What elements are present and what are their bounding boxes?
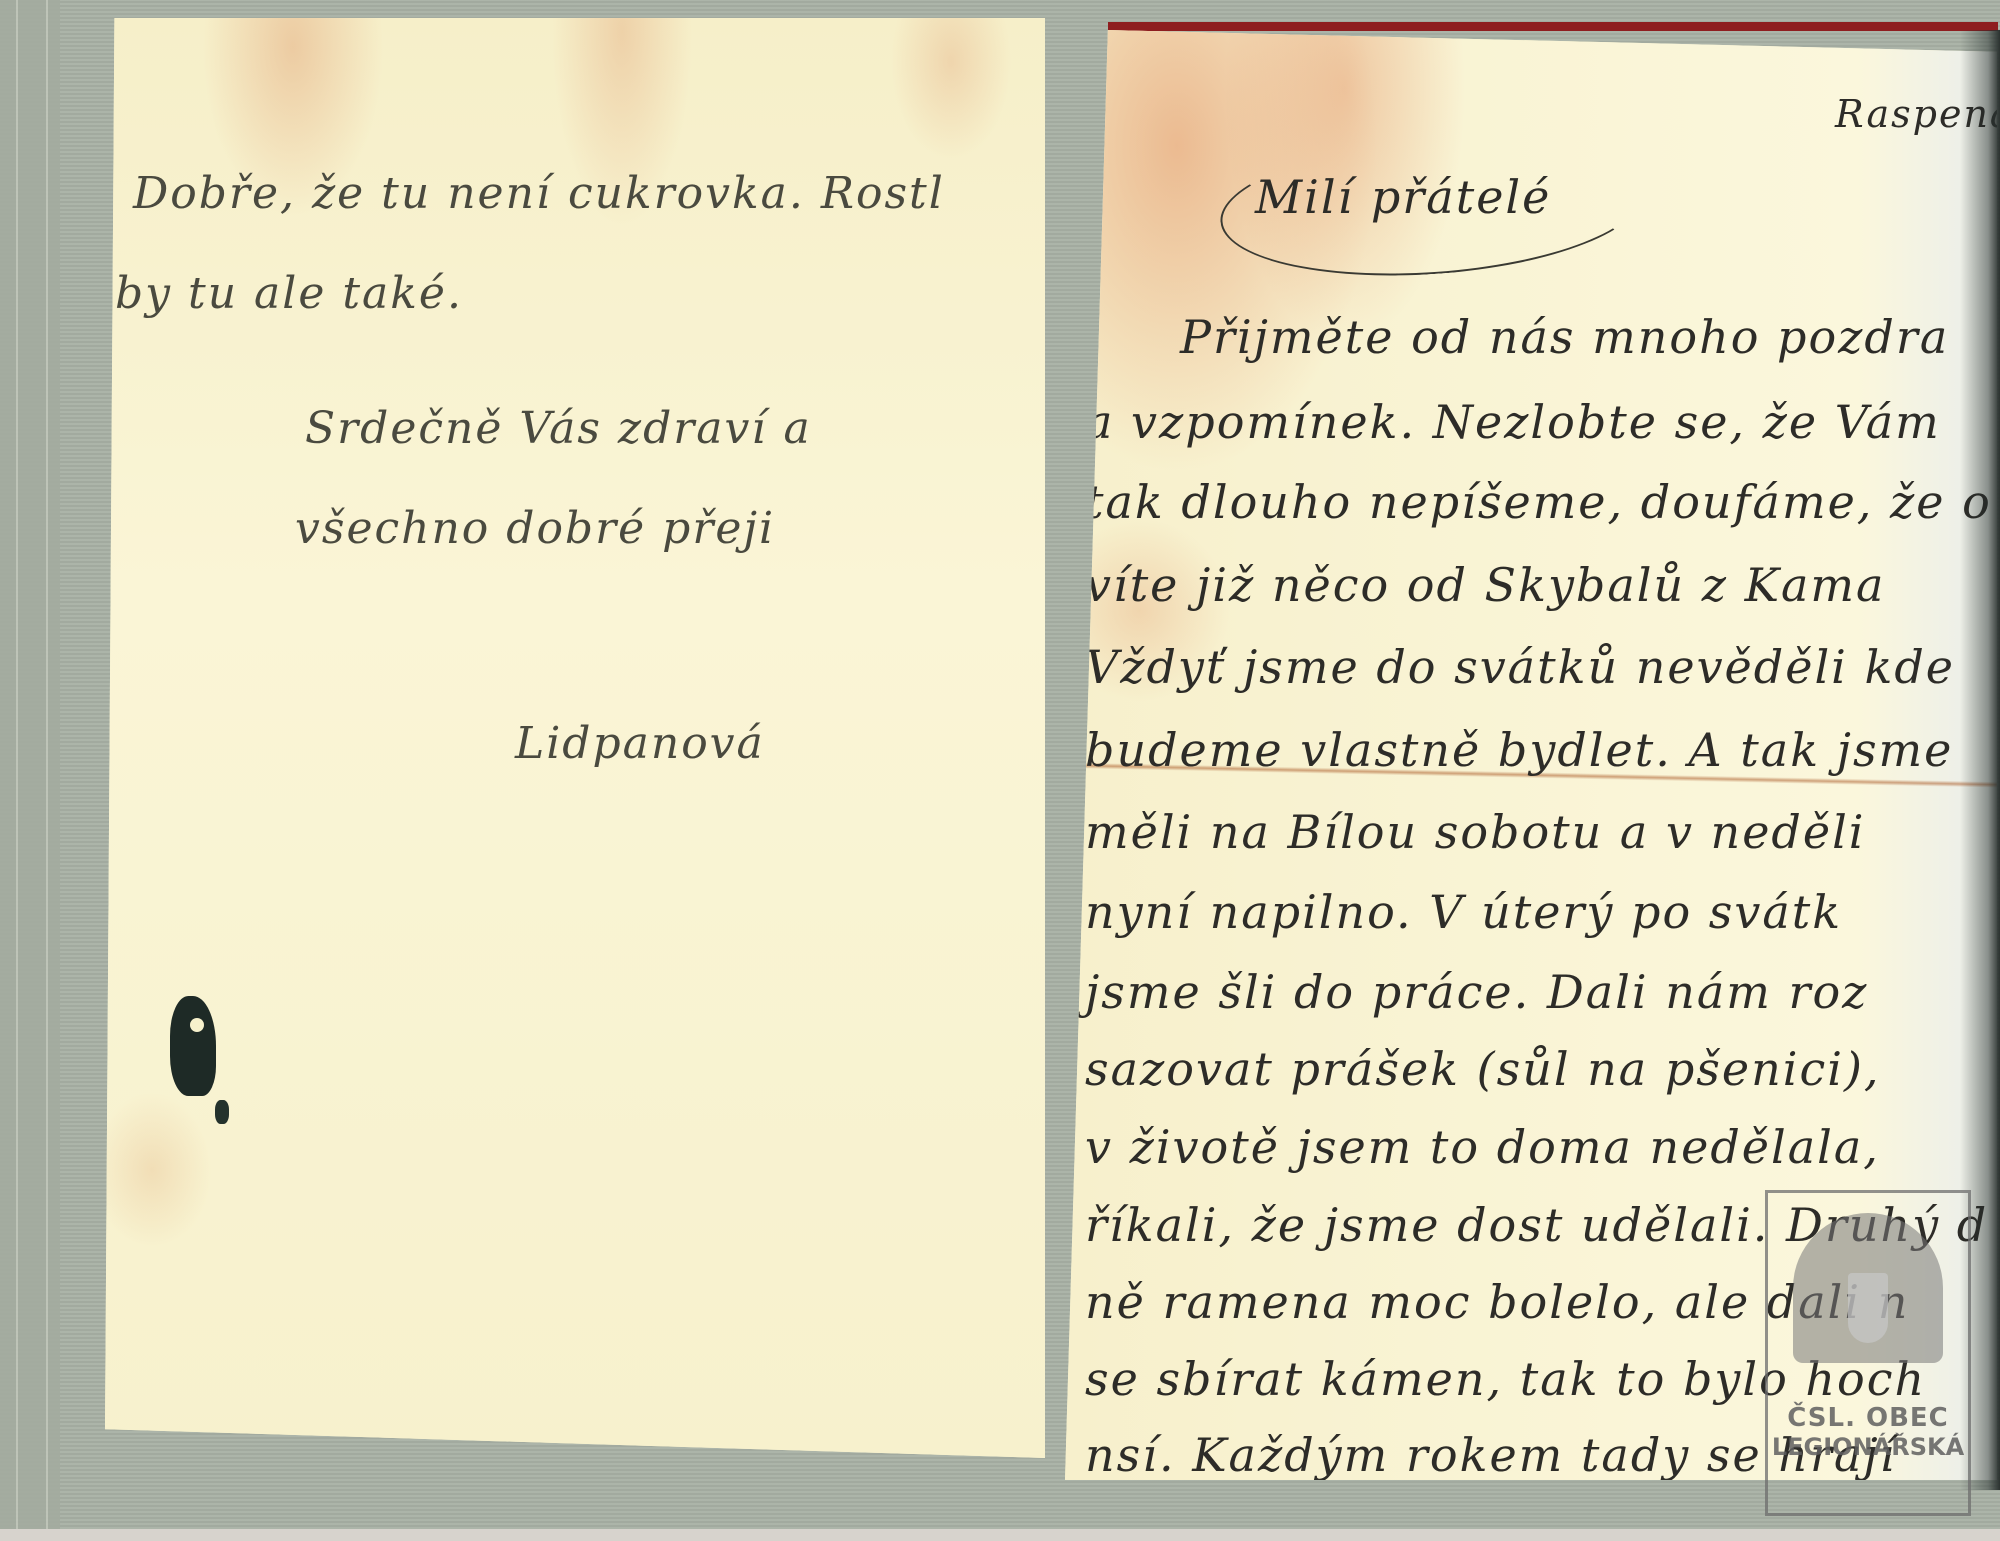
signature: Lidpanová [515,718,765,769]
book-bottom-edge [0,1529,2000,1541]
letter-line: víte již něco od Skybalů z Kama [1085,558,1885,612]
letter-line: sazovat prášek (sůl na pšenici), [1085,1042,1881,1096]
closing-line: Srdečně Vás zdraví a [305,403,812,454]
coat-of-arms-icon [1848,1273,1888,1343]
watermark-line1: ČSL. OBEC [1768,1403,1968,1433]
salutation: Milí přátelé [1255,170,1551,224]
ink-drop [215,1100,229,1124]
letter-line: jsme šli do práce. Dali nám roz [1085,965,1868,1019]
letter-line: budeme vlastně bydlet. A tak jsme [1085,723,1953,777]
letter-line: Přijměte od nás mnoho pozdra [1180,310,1949,364]
watermark-line2: LEGIONÁŘSKÁ [1768,1433,1968,1461]
letter-line: tak dlouho nepíšeme, doufáme, že o [1085,475,1992,529]
soldier-emblem-icon [1793,1213,1943,1363]
book-page-edges [0,0,60,1541]
letter-line: Dobře, že tu není cukrovka. Rostl [133,168,945,219]
letter-line: nyní napilno. V úterý po svátk [1085,885,1842,939]
letter-line: měli na Bílou sobotu a v neděli [1085,805,1866,859]
closing-line: všechno dobré přeji [295,503,775,554]
letter-line: Vždyť jsme do svátků nevěděli kde [1085,640,1955,694]
legion-watermark-logo: ČSL. OBEC LEGIONÁŘSKÁ [1765,1190,1971,1516]
letter-line: v životě jsem to doma nedělala, [1085,1120,1880,1174]
left-letter-page: Dobře, že tu není cukrovka. Rostl by tu … [105,18,1045,1458]
letter-line: a vzpomínek. Nezlobte se, že Vám [1085,395,1941,449]
ink-stain [170,996,216,1096]
book-ribbon [1108,22,1998,31]
letter-line: by tu ale také. [115,268,463,319]
